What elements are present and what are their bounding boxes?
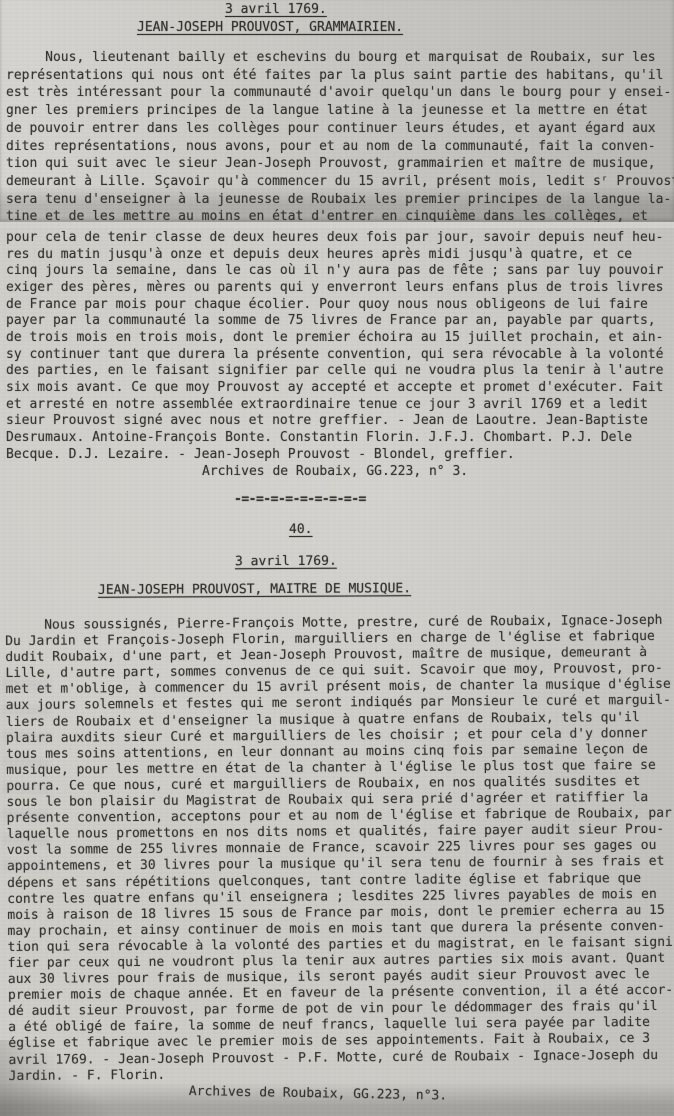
doc2-archive-reference: Archives de Roubaix, GG.223, n°3.	[189, 1084, 448, 1104]
scan-strip-bottom: pour cela de tenir classe de deux heures…	[0, 222, 674, 1116]
typed-separator-line: -=-=-=-=-=-=-=-=-=	[234, 492, 366, 507]
doc1-body-part1: Nous, lieutenant bailly et eschevins du …	[6, 49, 674, 226]
doc1-title: JEAN-JOSEPH PROUVOST, GRAMMAIRIEN.	[137, 20, 403, 35]
doc1-date-heading: 3 avril 1769.	[225, 2, 327, 17]
scanned-document-page: 3 avril 1769. JEAN-JOSEPH PROUVOST, GRAM…	[0, 0, 674, 1116]
doc2-body: Nous soussignés, Pierre-François Motte, …	[5, 613, 674, 1085]
doc2-date-heading: 3 avril 1769.	[235, 554, 337, 570]
doc2-title: JEAN-JOSEPH PROUVOST, MAITRE DE MUSIQUE.	[98, 581, 411, 598]
scan-strip-top: 3 avril 1769. JEAN-JOSEPH PROUVOST, GRAM…	[0, 0, 674, 222]
doc1-archive-reference: Archives de Roubaix, GG.223, n° 3.	[202, 464, 468, 479]
doc1-body-part2: pour cela de tenir classe de deux heures…	[6, 230, 663, 463]
doc2-entry-number: 40.	[289, 522, 313, 537]
